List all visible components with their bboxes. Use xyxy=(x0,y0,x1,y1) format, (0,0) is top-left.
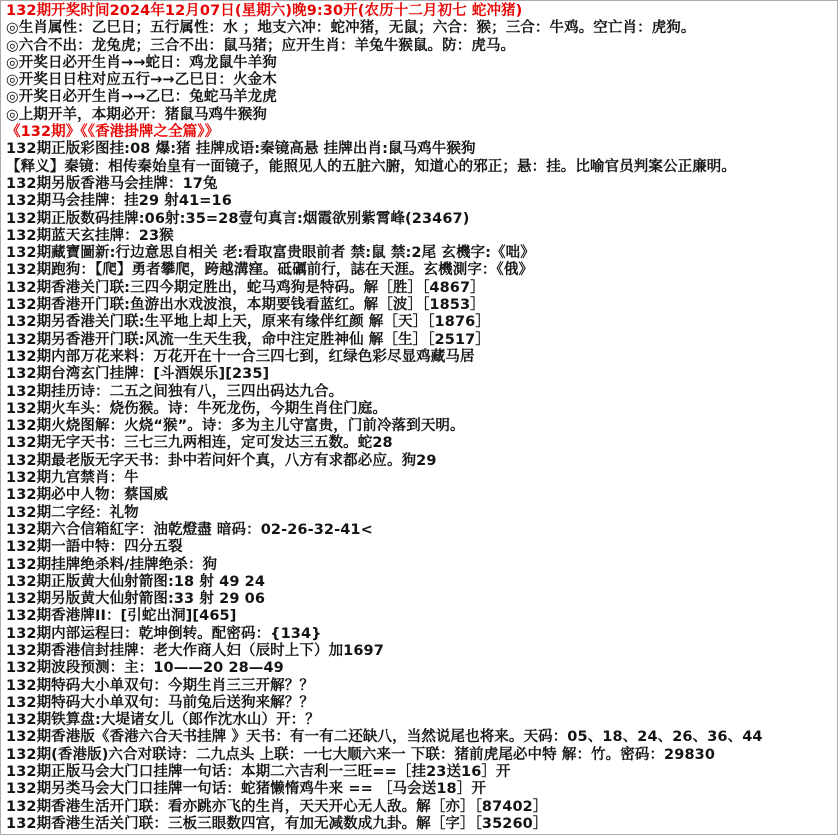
text-line: 132期挂历诗：二五之间独有八，三四出码达九合。 xyxy=(6,384,837,401)
text-line: 132期特码大小单双句：今期生肖三三开解？？ xyxy=(6,678,837,695)
text-line: ◎上期开羊，本期必开：猪鼠马鸡牛猴狗 xyxy=(6,107,837,124)
text-line: 132期无字天书：三七三九两相连，定可发达三五数。蛇28 xyxy=(6,435,837,452)
lottery-tips-page: 132期开奖时间2024年12月07日(星期六)晚9:30开(农历十二月初七 蛇… xyxy=(0,0,838,835)
text-line: 132期一語中特：四分五裂 xyxy=(6,539,837,556)
text-line: 132期正版数码挂牌:06射:35=28壹句真言:烟霞欲别紫霄峰(23467) xyxy=(6,211,837,228)
text-line: 132期香港信封挂牌：老大作商人妇（辰时上下）加1697 xyxy=(6,643,837,660)
text-line: 132期火车头：烧伤猴。诗：牛死龙伤，今期生肖住门庭。 xyxy=(6,401,837,418)
text-lines-container: 132期开奖时间2024年12月07日(星期六)晚9:30开(农历十二月初七 蛇… xyxy=(6,3,837,833)
text-line: 132期六合信箱紅字：油乾燈盡 暗码：02-26-32-41< xyxy=(6,522,837,539)
text-line: 132期铁算盘:大堤诸女儿（郎作沈水山）开：？ xyxy=(6,712,837,729)
text-line: 132期特码大小单双句：马前兔后送狗来解？？ xyxy=(6,695,837,712)
text-line: 132期香港版《香港六合天书挂牌 》天书：有一有二还缺八，当然说尾也将来。天码：… xyxy=(6,729,837,746)
text-line: ◎开奖日必开生肖→→乙巳：兔蛇马羊龙虎 xyxy=(6,89,837,106)
text-line: 132期必中人物：蔡国威 xyxy=(6,487,837,504)
text-line: 132期正版彩图挂:08 爆:猪 挂牌成语:秦镜高悬 挂牌出肖:鼠马鸡牛猴狗 xyxy=(6,141,837,158)
text-line: 132期香港开门联:鱼游出水戏波浪，本期要钱看蓝红。解［波］［1853］ xyxy=(6,297,837,314)
text-line: 132期另类马会大门口挂牌一句话：蛇猪懒惰鸡牛来 == ［马会送18］开 xyxy=(6,781,837,798)
text-line: 132期开奖时间2024年12月07日(星期六)晚9:30开(农历十二月初七 蛇… xyxy=(6,3,837,20)
text-line: ◎六合不出：龙兔虎；三合不出：鼠马猪；应开生肖：羊兔牛猴鼠。防：虎马。 xyxy=(6,38,837,55)
text-line: 132期另香港开门联:风流一生天生我，命中注定胜神仙 解［生］［2517］ xyxy=(6,332,837,349)
text-line: 132期香港关门联:三四今期定胜出，蛇马鸡狗是特码。解［胜］［4867］ xyxy=(6,280,837,297)
text-line: 132期(香港版)六合对联诗：二九点头 上联：一七大顺六来一 下联：猪前虎尾必中… xyxy=(6,747,837,764)
text-line: 132期香港牌II：[引蛇出洞][465] xyxy=(6,608,837,625)
text-line: 132期挂牌绝杀料/挂牌绝杀：狗 xyxy=(6,557,837,574)
text-line: 132期另版香港马会挂牌：17兔 xyxy=(6,176,837,193)
text-line: 132期跑狗：【爬】勇者攀爬，跨越溝窪。砥礪前行，誌在天涯。玄機測字：《俄》 xyxy=(6,262,837,279)
text-line: 【释义】秦镜：相传秦始皇有一面镜子，能照见人的五脏六腑，知道心的邪正；悬：挂。比… xyxy=(6,159,837,176)
text-line: 132期内部运程曰：乾坤倒转。配密码：{134} xyxy=(6,626,837,643)
text-line: 132期火烧图解：火烧“猴”。诗：多为主儿守富贵，门前冷落到天明。 xyxy=(6,418,837,435)
text-line: 132期另香港关门联:生平地上却上天，原来有缘伴红颜 解［天］［1876］ xyxy=(6,314,837,331)
text-line: ◎生肖属性：乙巳日；五行属性：水 ；地支六冲：蛇冲猪，无鼠；六合：猴；三合：牛鸡… xyxy=(6,20,837,37)
text-line: ◎开奖日必开生肖→→蛇日：鸡龙鼠牛羊狗 xyxy=(6,55,837,72)
text-line: 132期波段预测：主：10——20 28—49 xyxy=(6,660,837,677)
text-line: 132期香港生活关门联：三板三眼数四宫，有加无减数成九卦。解［字］［35260］ xyxy=(6,816,837,833)
text-line: 132期蓝天玄挂牌：23猴 xyxy=(6,228,837,245)
text-line: 132期正版马会大门口挂牌一句话：本期二六吉利一三旺==［挂23送16］开 xyxy=(6,764,837,781)
text-line: 132期九宫禁肖：牛 xyxy=(6,470,837,487)
text-line: 132期藏寶圖新:行边意思自相关 老:看取富贵眼前者 禁:鼠 禁:2尾 玄機字:… xyxy=(6,245,837,262)
text-line: 132期另版黄大仙射箭图:33 射 29 06 xyxy=(6,591,837,608)
text-line: 132期台湾玄门挂牌：[斗酒娱乐][235] xyxy=(6,366,837,383)
text-line: 132期马会挂牌：挂29 射41=16 xyxy=(6,193,837,210)
text-line: 《132期》《《香港掛牌之全篇》》 xyxy=(6,124,837,141)
text-line: 132期正版黄大仙射箭图:18 射 49 24 xyxy=(6,574,837,591)
text-line: 132期内部万花来料：万花开在十一合三四七到，红绿色彩尽显鸡藏马居 xyxy=(6,349,837,366)
text-line: ◎开奖日日柱对应五行→→乙巳日：火金木 xyxy=(6,72,837,89)
text-line: 132期最老版无字天书：卦中若问奸个真，八方有求都必应。狗29 xyxy=(6,453,837,470)
text-line: 132期香港生活开门联：看亦跳亦飞的生肖，天天开心无人敌。解［亦］［87402］ xyxy=(6,799,837,816)
text-line: 132期二字经：礼物 xyxy=(6,505,837,522)
